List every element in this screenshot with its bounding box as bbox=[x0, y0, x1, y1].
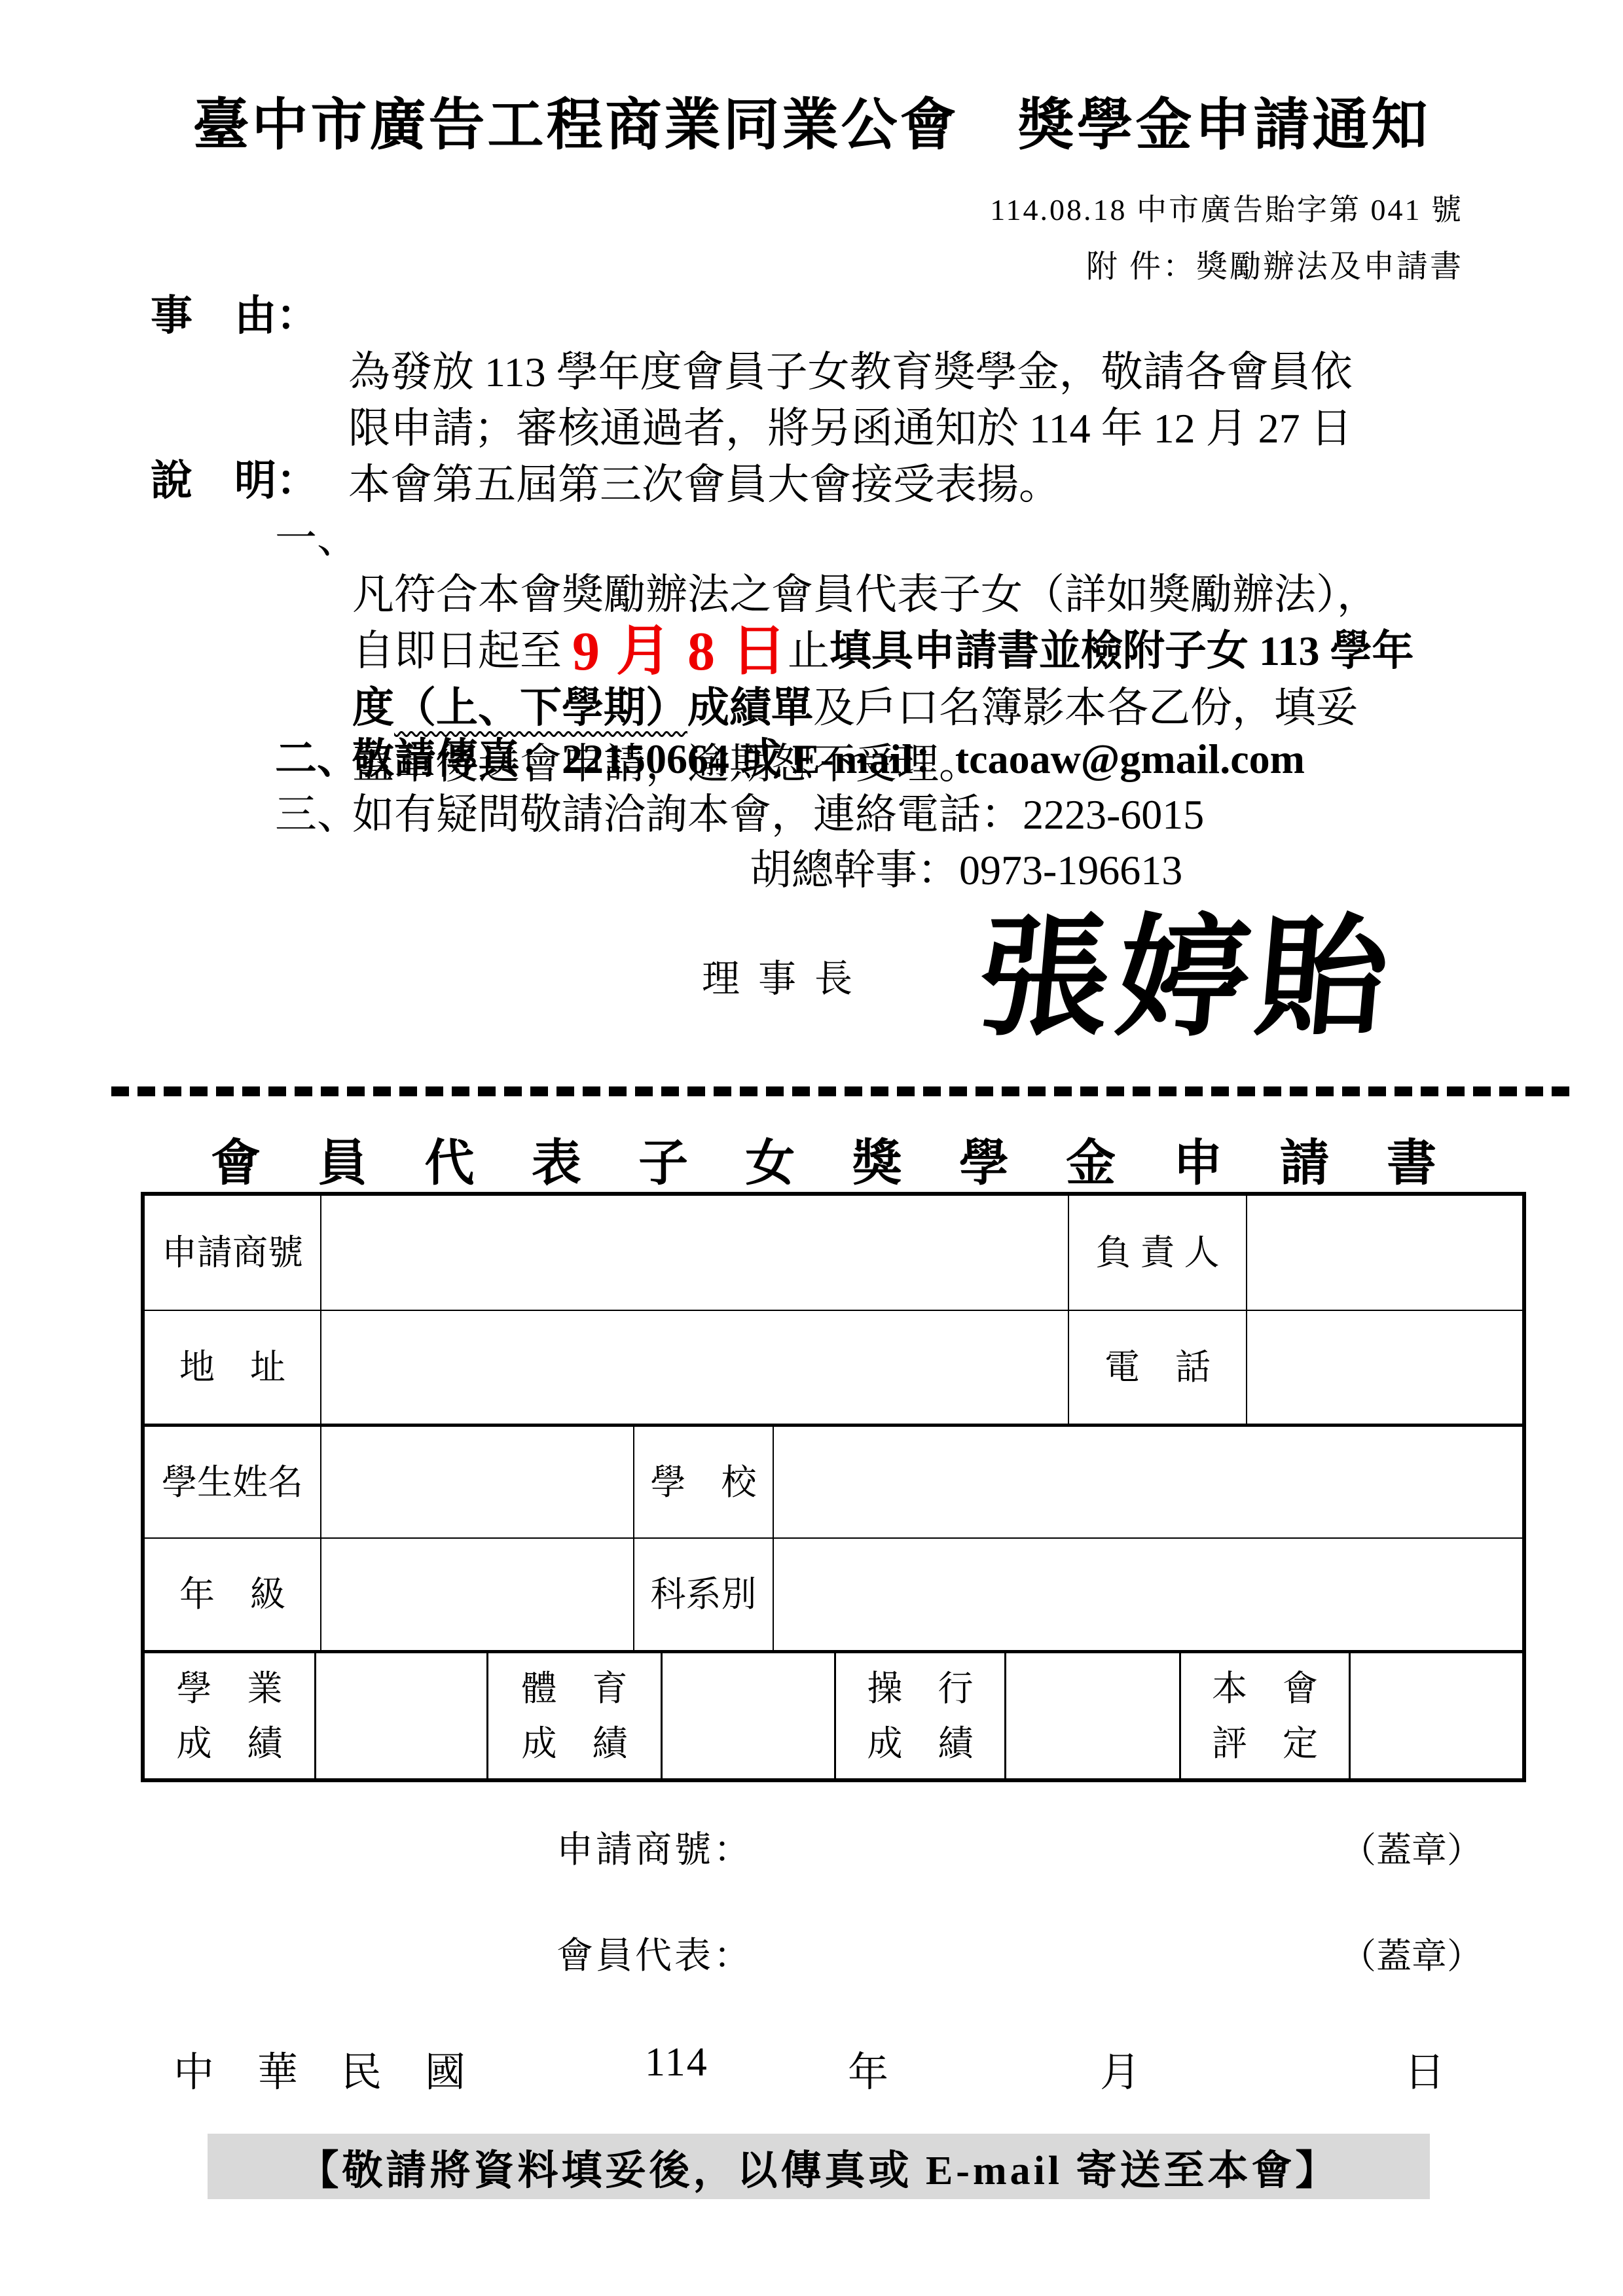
input-cell-school bbox=[774, 1427, 1522, 1537]
label-cell-pe-score: 體 育 成 績 bbox=[488, 1653, 663, 1778]
subject-text: 為發放 113 學年度會員子女教育獎學金，敬請各會員依 限申請；審核通過者，將另… bbox=[348, 349, 1353, 508]
table-row-address: 地 址 電 話 bbox=[145, 1311, 1522, 1427]
explanation-label: 說 明： bbox=[151, 453, 318, 509]
label-cell-conduct-score: 操 行 成 績 bbox=[836, 1653, 1006, 1778]
roc-day-unit: 日 bbox=[1404, 2039, 1446, 2098]
dashed-divider bbox=[111, 1086, 1573, 1096]
department-label: 科系別 bbox=[651, 1567, 757, 1622]
input-cell-conduct-score bbox=[1006, 1653, 1181, 1778]
item2-text: 敬請傳真：22150664 或 E-mail：tcaoaw@gmail.com bbox=[352, 736, 1305, 782]
table-row-grade: 年 級 科系別 bbox=[145, 1539, 1522, 1653]
sign-line-shop-seal: （蓋章） bbox=[1341, 1822, 1482, 1873]
secretary-contact-line: 胡總幹事：0973-196613 bbox=[750, 842, 1182, 899]
chairman-signature: 張婷貽 bbox=[972, 905, 1402, 1055]
input-cell-applicant-shop bbox=[321, 1196, 1069, 1310]
input-cell-association-rating bbox=[1351, 1653, 1522, 1778]
association-rating-label: 本 會 評 定 bbox=[1212, 1661, 1318, 1771]
document-title: 臺中市廣告工程商業同業公會 獎學金申請通知 bbox=[0, 89, 1623, 161]
label-cell-phone: 電 話 bbox=[1069, 1311, 1247, 1424]
form-title: 會 員 代 表 子 女 獎 學 金 申 請 書 bbox=[211, 1136, 1436, 1191]
academic-score-label: 學 業 成 績 bbox=[177, 1661, 283, 1771]
label-cell-school: 學 校 bbox=[634, 1427, 774, 1537]
subject-paragraph: 事 由：為發放 113 學年度會員子女教育獎學金，敬請各會員依 限申請；審核通過… bbox=[151, 288, 1467, 513]
input-cell-pe-score bbox=[663, 1653, 836, 1778]
reference-number-line: 114.08.18 中市廣告貽字第 041 號 bbox=[990, 186, 1463, 229]
phone-label: 電 話 bbox=[1104, 1340, 1211, 1395]
application-form-table: 申請商號 負 責 人 地 址 電 話 學生姓名 學 校 年 級 科系別 學 業 … bbox=[141, 1192, 1526, 1782]
label-cell-address: 地 址 bbox=[145, 1311, 321, 1424]
label-cell-association-rating: 本 會 評 定 bbox=[1181, 1653, 1351, 1778]
table-row-shop: 申請商號 負 責 人 bbox=[145, 1196, 1522, 1311]
item1-wavy-underline-segment: （上、下學期） bbox=[394, 685, 687, 731]
input-cell-phone bbox=[1247, 1311, 1522, 1424]
conduct-score-label: 操 行 成 績 bbox=[867, 1661, 974, 1771]
attachment-line: 附 件：獎勵辦法及申請書 bbox=[1086, 241, 1463, 286]
owner-label: 負 責 人 bbox=[1096, 1225, 1220, 1280]
student-name-label: 學生姓名 bbox=[162, 1455, 303, 1510]
address-label: 地 址 bbox=[179, 1340, 285, 1395]
explanation-item-3: 三、如有疑問敬請洽詢本會，連絡電話：2223-6015 bbox=[151, 787, 1467, 843]
input-cell-department bbox=[774, 1539, 1522, 1650]
label-cell-owner: 負 責 人 bbox=[1069, 1196, 1247, 1310]
input-cell-owner bbox=[1247, 1196, 1522, 1310]
label-cell-department: 科系別 bbox=[634, 1539, 774, 1650]
roc-year-value: 114 bbox=[645, 2039, 708, 2086]
roc-era-label: 中 華 民 國 bbox=[173, 2039, 467, 2098]
input-cell-student-name bbox=[321, 1427, 634, 1537]
label-cell-student-name: 學生姓名 bbox=[145, 1427, 321, 1537]
explanation-item-2: 二、敬請傳真：22150664 或 E-mail：tcaoaw@gmail.co… bbox=[151, 731, 1467, 787]
footer-submission-note: 【敬請將資料填妥後，以傳真或 E-mail 寄送至本會】 bbox=[208, 2134, 1430, 2199]
chairman-title: 理事長 bbox=[702, 948, 871, 1003]
item3-marker: 三、 bbox=[275, 787, 359, 843]
item1-text-part2: 止 bbox=[788, 628, 830, 674]
pe-score-label: 體 育 成 績 bbox=[522, 1661, 628, 1771]
input-cell-academic-score bbox=[316, 1653, 488, 1778]
input-cell-grade bbox=[321, 1539, 634, 1650]
subject-label: 事 由： bbox=[151, 288, 318, 344]
sign-line-member-label: 會員代表： bbox=[556, 1927, 753, 1979]
applicant-shop-label: 申請商號 bbox=[162, 1225, 303, 1280]
table-row-student: 學生姓名 學 校 bbox=[145, 1427, 1522, 1539]
label-cell-academic-score: 學 業 成 績 bbox=[145, 1653, 316, 1778]
item1-bold-segment-2: 成績單 bbox=[687, 685, 813, 731]
item2-marker: 二、 bbox=[275, 731, 359, 787]
school-label: 學 校 bbox=[651, 1455, 757, 1510]
item1-deadline-date: 9 月 8 日 bbox=[572, 621, 788, 682]
grade-label: 年 級 bbox=[179, 1567, 285, 1622]
roc-month-unit: 月 bbox=[1100, 2039, 1142, 2098]
roc-year-unit: 年 bbox=[848, 2039, 890, 2098]
document-page: 臺中市廣告工程商業同業公會 獎學金申請通知 114.08.18 中市廣告貽字第 … bbox=[0, 0, 1623, 2296]
sign-line-shop-label: 申請商號： bbox=[556, 1821, 753, 1873]
sign-line-member-seal: （蓋章） bbox=[1341, 1928, 1482, 1979]
input-cell-address bbox=[321, 1311, 1069, 1424]
table-row-scores: 學 業 成 績 體 育 成 績 操 行 成 績 本 會 評 定 bbox=[145, 1653, 1522, 1778]
item3-text: 如有疑問敬請洽詢本會，連絡電話：2223-6015 bbox=[352, 791, 1204, 838]
label-cell-applicant-shop: 申請商號 bbox=[145, 1196, 321, 1310]
item1-marker: 一、 bbox=[275, 511, 359, 567]
label-cell-grade: 年 級 bbox=[145, 1539, 321, 1650]
